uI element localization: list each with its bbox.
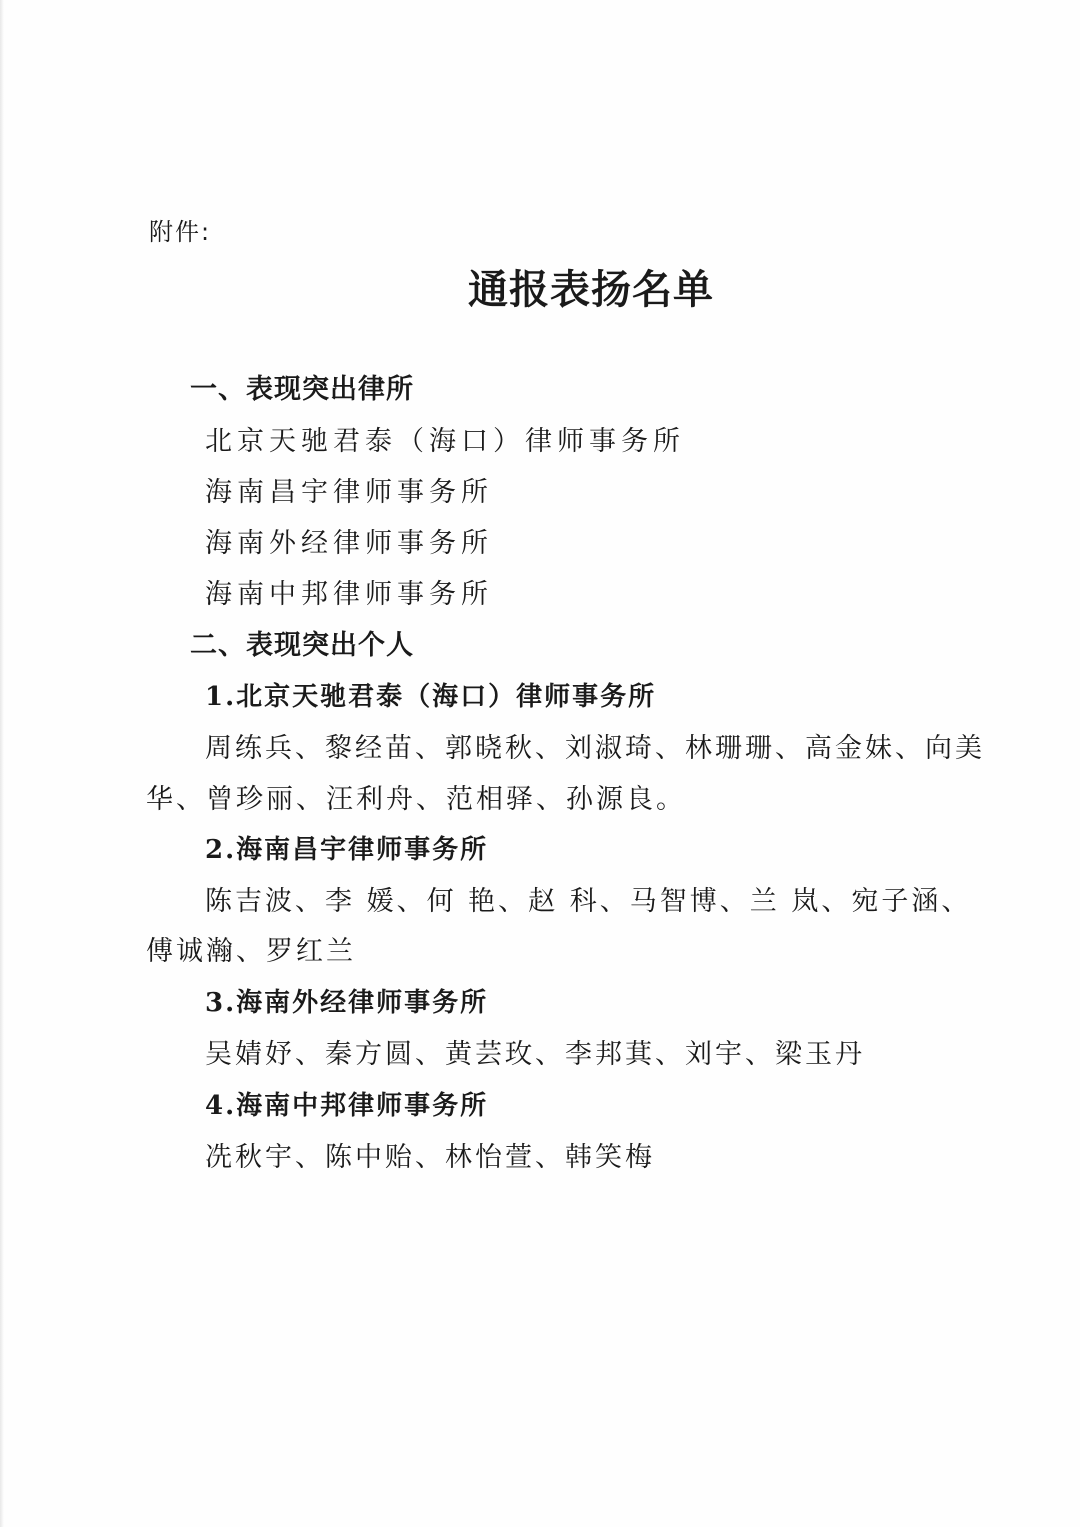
section-heading-individuals: 二、表现突出个人 <box>190 628 414 664</box>
section-heading-firms: 一、表现突出律所 <box>190 372 414 408</box>
names-list: 陈吉波、李 媛、何 艳、赵 科、马智博、兰 岚、宛子涵、 <box>205 884 971 920</box>
names-list-continued: 傅诚瀚、罗红兰 <box>146 934 356 970</box>
group-heading: 4.海南中邦律师事务所 <box>205 1088 488 1124</box>
scan-edge-shadow <box>0 0 4 1527</box>
names-list: 冼秋宇、陈中贻、林怡萱、韩笑梅 <box>205 1140 655 1176</box>
names-list: 周练兵、黎经苗、郭晓秋、刘淑琦、林珊珊、高金妹、向美 <box>205 731 985 767</box>
group-heading: 2.海南昌宇律师事务所 <box>205 832 488 868</box>
firm-item: 海南昌宇律师事务所 <box>205 475 493 511</box>
firm-item: 海南外经律师事务所 <box>205 526 493 562</box>
attachment-label: 附件: <box>149 212 211 247</box>
group-heading: 3.海南外经律师事务所 <box>205 985 488 1021</box>
firm-item: 北京天驰君泰（海口）律师事务所 <box>205 424 685 460</box>
names-list: 吴婧妤、秦方圆、黄芸玫、李邦萁、刘宇、梁玉丹 <box>205 1037 865 1073</box>
document-page: 附件: 通报表扬名单 一、表现突出律所 北京天驰君泰（海口）律师事务所 海南昌宇… <box>0 0 1080 1527</box>
document-title: 通报表扬名单 <box>468 258 714 315</box>
group-heading: 1.北京天驰君泰（海口）律师事务所 <box>205 679 656 715</box>
names-list-continued: 华、曾珍丽、汪利舟、范相驿、孙源良。 <box>146 782 686 818</box>
firm-item: 海南中邦律师事务所 <box>205 577 493 613</box>
